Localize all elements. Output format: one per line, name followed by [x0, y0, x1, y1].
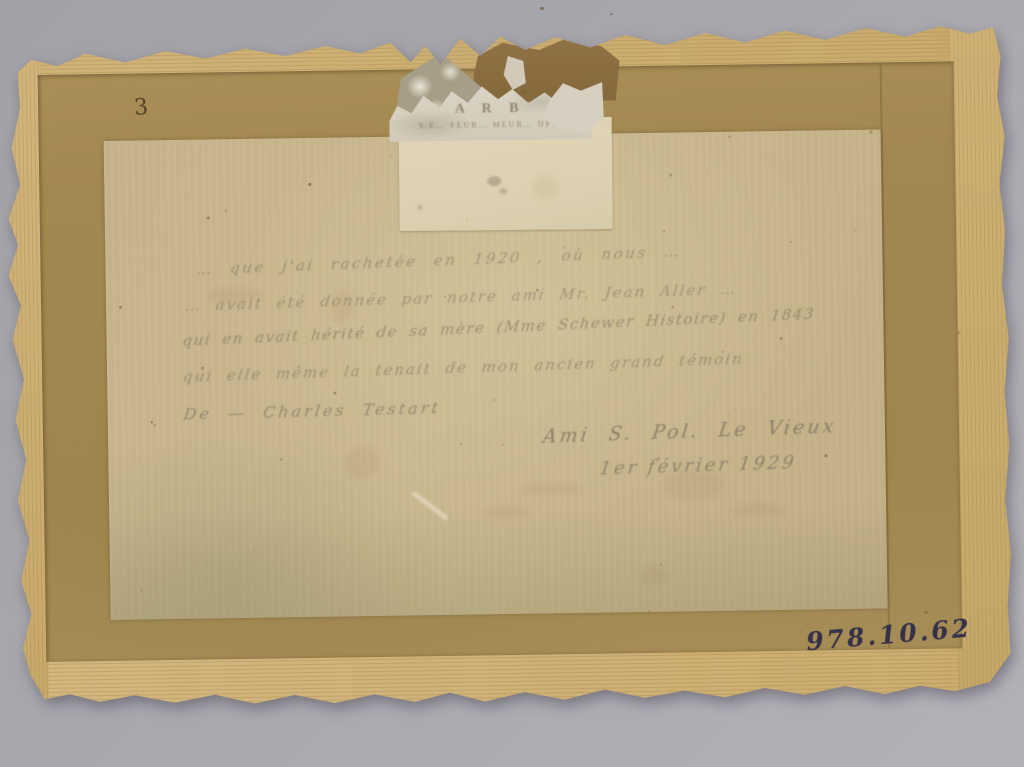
- foxing-speck: [729, 136, 731, 138]
- foxing-speck: [780, 337, 783, 340]
- foxing-speck: [154, 424, 156, 426]
- foxing-speck: [140, 589, 142, 591]
- foxing-speck: [375, 332, 377, 334]
- photo-stage: A R B S.E… FEUR… MEUR… UP… … que j'ai ra…: [0, 0, 1024, 767]
- foxing-speck: [925, 611, 928, 614]
- label-smudge: [487, 176, 501, 186]
- foxing-speck: [870, 131, 873, 134]
- foxing-speck: [660, 564, 662, 566]
- foxing-speck: [669, 174, 672, 177]
- foxing-speck: [225, 209, 228, 212]
- foxing-speck: [254, 549, 255, 550]
- foxing-speck: [671, 306, 674, 309]
- foxing-speck: [687, 377, 689, 379]
- foxing-speck: [824, 454, 827, 457]
- foxing-speck: [308, 183, 311, 186]
- foxing-speck: [536, 289, 539, 292]
- foxing-speck: [563, 246, 566, 249]
- foxing-speck: [201, 367, 204, 370]
- corner-number: 3: [133, 95, 149, 121]
- stain-blob: [331, 289, 353, 322]
- background-speck: [610, 13, 613, 15]
- background-speck: [540, 7, 544, 10]
- paper-flap: [431, 22, 454, 49]
- artifact-shadow-wrapper: A R B S.E… FEUR… MEUR… UP… … que j'ai ra…: [5, 23, 1015, 709]
- foxing-speck: [207, 216, 210, 219]
- foxing-speck: [569, 360, 570, 361]
- foxing-speck: [853, 229, 856, 232]
- foxing-speck: [649, 610, 651, 612]
- foxing-speck: [151, 421, 153, 423]
- label-smudge: [417, 205, 422, 210]
- foxing-speck: [958, 331, 961, 334]
- foxing-speck: [369, 127, 371, 129]
- cardboard-backing: A R B S.E… FEUR… MEUR… UP… … que j'ai ra…: [5, 23, 1015, 709]
- label-smudge: [499, 188, 507, 194]
